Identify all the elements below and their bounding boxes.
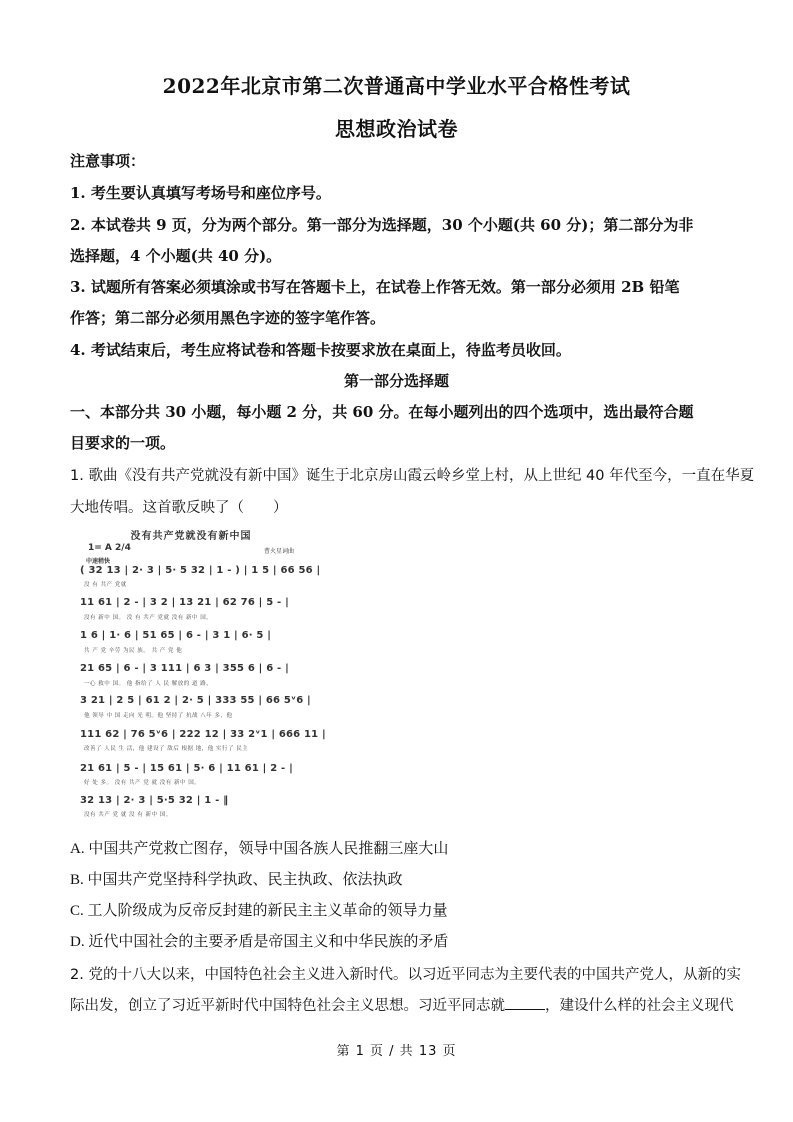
score-tempo: 中速稍快 (86, 556, 110, 565)
score-lyrics: 好 处 多。 没有 共产 党 就 没有 新中 国。 (84, 778, 200, 786)
question-stem: 际出发，创立了习近平新时代中国特色社会主义思想。习近平同志就，建设什么样的社会主… (70, 994, 734, 1015)
question-stem: 1. 歌曲《没有共产党就没有新中国》诞生于北京房山霞云岭乡堂上村，从上世纪 40… (70, 464, 754, 485)
score-lyrics: 没有 共产 党 就 没 有 新中 国。 (84, 810, 172, 818)
score-lyrics: 共 产 党 辛劳 为民 族。 共 产 党 他 (84, 646, 182, 654)
exam-title: 2022年北京市第二次普通高中学业水平合格性考试 (0, 70, 793, 99)
score-author: 曹火星词曲 (264, 546, 294, 555)
score-lyrics: 没 有 共产 党就 (84, 580, 127, 588)
score-row: 21 61 | 5 - | 15 61 | 5· 6 | 11 61 | 2 -… (80, 763, 293, 774)
notice-item: 1. 考生要认真填写考场号和座位序号。 (70, 182, 331, 203)
exam-subtitle: 思想政治试卷 (0, 113, 793, 142)
option-label: C. (70, 903, 84, 919)
section-instruction: 目要求的一项。 (70, 432, 175, 453)
stem-text: ，建设什么样的社会主义现代 (545, 998, 734, 1014)
score-key: 1= A 2/4 (88, 543, 131, 553)
notice-item: 2. 本试卷共 9 页，分为两个部分。第一部分为选择题，30 个小题(共 60 … (70, 214, 693, 235)
option-label: D. (70, 934, 85, 950)
option-d: D. 近代中国社会的主要矛盾是帝国主义和中华民族的矛盾 (70, 930, 448, 951)
score-lyrics: 没有 新中 国。 没 有 共产 党就 没有 新中 国。 (84, 613, 212, 621)
score-lyrics: 他 领导 中 国 走向 光 明。他 坚持了 抗战 八年 多，他 (84, 711, 233, 719)
score-row: 111 62 | 76 5ᵛ6 | 222 12 | 33 2ᵛ1 | 666 … (80, 729, 326, 740)
score-row: 3 21 | 2 5 | 61 2 | 2· 5 | 333 55 | 66 5… (80, 695, 311, 706)
section-title: 第一部分选择题 (0, 370, 793, 391)
score-row: 11 61 | 2 - | 3 2 | 13 21 | 62 76 | 5 - … (80, 597, 289, 608)
option-text: 工人阶级成为反帝反封建的新民主主义革命的领导力量 (88, 903, 448, 919)
option-a: A. 中国共产党救亡图存，领导中国各族人民推翻三座大山 (70, 837, 448, 858)
notice-heading: 注意事项： (70, 150, 145, 171)
notice-item: 4. 考试结束后，考生应将试卷和答题卡按要求放在桌面上，待监考员收回。 (70, 339, 571, 360)
score-row: 1 6 | 1· 6 | 51 65 | 6 - | 3 1 | 6· 5 | (80, 630, 271, 641)
option-text: 中国共产党救亡图存，领导中国各族人民推翻三座大山 (88, 841, 448, 857)
option-text: 近代中国社会的主要矛盾是帝国主义和中华民族的矛盾 (88, 934, 448, 950)
fill-in-blank (505, 997, 545, 1010)
option-b: B. 中国共产党坚持科学执政、民主执政、依法执政 (70, 868, 403, 889)
notice-item: 3. 试题所有答案必须填涂或书写在答题卡上，在试卷上作答无效。第一部分必须用 2… (70, 276, 679, 297)
score-row: 32 13 | 2· 3 | 5·5 32 | 1 - ‖ (80, 795, 228, 806)
stem-text: 际出发，创立了习近平新时代中国特色社会主义思想。习近平同志就 (70, 998, 505, 1014)
page-footer: 第 1 页 / 共 13 页 (0, 1040, 793, 1059)
question-stem: 2. 党的十八大以来，中国特色社会主义进入新时代。以习近平同志为主要代表的中国共… (70, 963, 741, 984)
music-score-figure: 没有共产党就没有新中国 1= A 2/4 中速稍快 曹火星词曲 ( 32 13 … (80, 527, 302, 817)
score-row: ( 32 13 | 2· 3 | 5· 5 32 | 1 - ) | 1 5 |… (80, 565, 320, 576)
option-label: A. (70, 841, 85, 857)
notice-item: 作答；第二部分必须用黑色字迹的签字笔作答。 (70, 307, 385, 328)
option-label: B. (70, 872, 84, 888)
score-row: 21 65 | 6 - | 3 111 | 6 3 | 355 6 | 6 - … (80, 663, 289, 674)
option-text: 中国共产党坚持科学执政、民主执政、依法执政 (88, 872, 403, 888)
score-lyrics: 一心 救中 国。 他 指给了 人 民 解放的 道 路， (84, 679, 212, 687)
notice-item: 选择题，4 个小题(共 40 分)。 (70, 245, 281, 266)
score-title: 没有共产党就没有新中国 (80, 527, 302, 542)
score-lyrics: 改善了 人民 生 活，他 建设了 敌后 根据 地，他 实行了 民主 (84, 744, 248, 752)
option-c: C. 工人阶级成为反帝反封建的新民主主义革命的领导力量 (70, 899, 448, 920)
question-stem: 大地传唱。这首歌反映了（ ） (70, 496, 288, 517)
section-instruction: 一、本部分共 30 小题，每小题 2 分，共 60 分。在每小题列出的四个选项中… (70, 401, 694, 422)
